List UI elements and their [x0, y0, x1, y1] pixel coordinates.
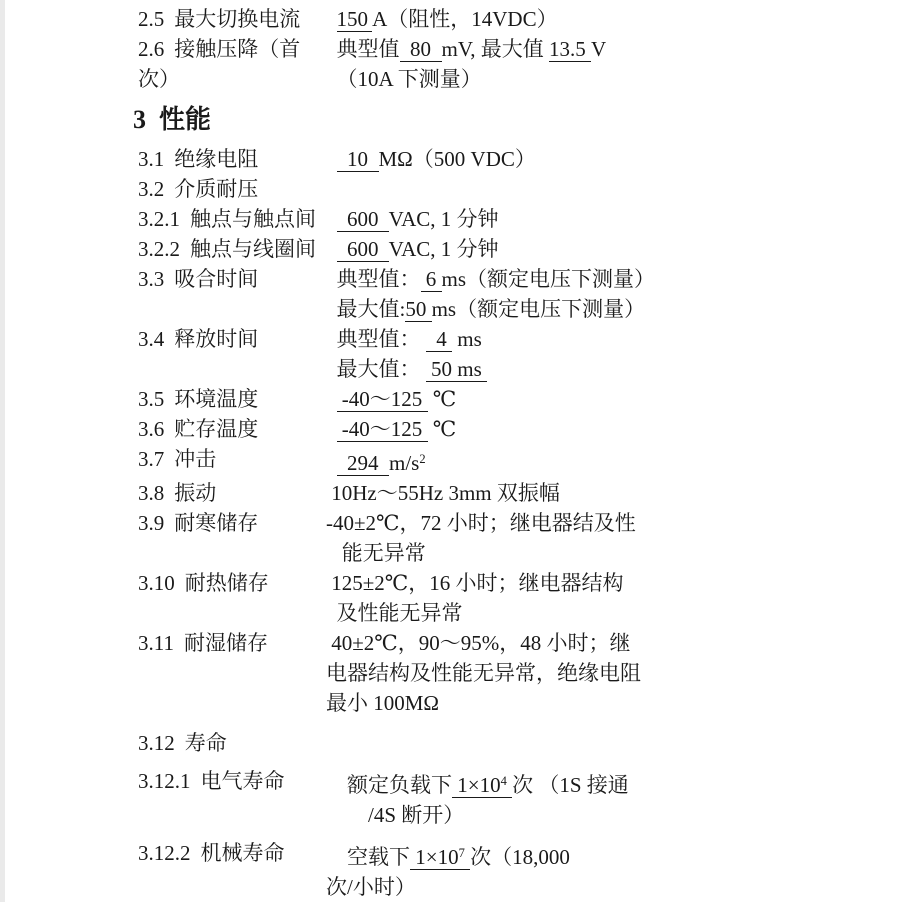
row-label-cell: 2.6接触压降（首次）: [0, 34, 326, 94]
row-number: 3.11: [138, 628, 174, 658]
underline-segment: 80: [400, 37, 442, 62]
value-segment: ms: [452, 327, 482, 351]
row-label: 耐湿储存: [184, 631, 268, 655]
spec-list: 2.5最大切换电流 150 A（阻性，14VDC）2.6接触压降（首次） 典型值…: [0, 4, 917, 902]
row-value-cell: -40～125 ℃: [326, 414, 917, 444]
row-number: 3.2: [138, 174, 164, 204]
underline-segment: 1×10: [410, 845, 459, 870]
value-line: 电器结构及性能无异常，绝缘电阻: [326, 658, 917, 688]
value-segment: [326, 237, 337, 261]
value-line: 空载下 1×107 次（18,000: [326, 838, 917, 872]
value-line: 294 m/s2: [326, 444, 917, 478]
row-number: 3.1: [138, 144, 164, 174]
row-label-cell: 3.7冲击: [0, 444, 326, 474]
value-line: 40±2℃，90～95%，48 小时；继: [326, 628, 917, 658]
value-segment: 空载下: [347, 845, 410, 869]
value-line: 次/小时）: [326, 872, 917, 902]
row-value-cell: 额定负载下 1×104 次 （1S 接通 /4S 断开）: [326, 766, 917, 830]
row-label-cell: 3.1绝缘电阻: [0, 144, 326, 174]
underline-segment: -40～125: [337, 417, 428, 442]
value-segment: 最大值:: [337, 297, 406, 321]
value-segment: [326, 601, 337, 625]
row-label-cell: 3.8振动: [0, 478, 326, 508]
value-line: /4S 断开）: [326, 800, 917, 830]
row-label: 振动: [174, 481, 216, 505]
row-label-cell: 3.6贮存温度: [0, 414, 326, 444]
spec-row-3-10: 3.10耐热储存 125±2℃，16 小时；继电器结构 及性能无异常: [0, 568, 917, 628]
row-value-cell: 典型值 80 mV, 最大值 13.5 V （10A 下测量）: [326, 34, 917, 94]
row-label-cell: 3.12.2机械寿命: [0, 838, 326, 868]
spec-row-2-6: 2.6接触压降（首次） 典型值 80 mV, 最大值 13.5 V （10A 下…: [0, 34, 917, 94]
value-line: 10Hz～55Hz 3mm 双振幅: [326, 478, 917, 508]
spec-row-3-12-2: 3.12.2机械寿命 空载下 1×107 次（18,000次/小时）: [0, 838, 917, 902]
row-label-cell: 3.11耐湿储存: [0, 628, 326, 658]
row-value-cell: 294 m/s2: [326, 444, 917, 478]
row-label: 介质耐压: [174, 177, 258, 201]
value-segment: 典型值：: [337, 267, 421, 291]
row-label: 触点与触点间: [190, 207, 316, 231]
value-segment: m/s: [389, 451, 419, 475]
value-line: 及性能无异常: [326, 598, 917, 628]
row-value-cell: 125±2℃，16 小时；继电器结构 及性能无异常: [326, 568, 917, 628]
row-label-cell: 2.5最大切换电流: [0, 4, 326, 34]
value-segment: [326, 7, 337, 31]
value-segment: ℃: [428, 417, 457, 441]
value-segment: [326, 327, 337, 351]
value-segment: MΩ（500 VDC）: [379, 147, 536, 171]
row-label-cell: 3.10耐热储存: [0, 568, 326, 598]
value-segment: ms（额定电压下测量）: [442, 267, 656, 291]
row-label: 耐寒储存: [174, 511, 258, 535]
superscript: 2: [419, 452, 425, 466]
value-segment: （10A 下测量）: [337, 67, 482, 91]
row-label-cell: 3.3吸合时间: [0, 264, 326, 294]
row-number: 3.4: [138, 324, 164, 354]
value-segment: [326, 357, 337, 381]
value-segment: 电器结构及性能无异常，绝缘电阻: [326, 661, 641, 685]
row-number: 3.12.2: [138, 838, 191, 868]
value-line: 典型值： 4 ms: [326, 324, 917, 354]
value-segment: [326, 297, 337, 321]
value-segment: 2: [419, 451, 425, 475]
value-segment: 40±2℃，90～95%，48 小时；继: [331, 631, 630, 655]
value-segment: [326, 67, 337, 91]
row-number: 3.7: [138, 444, 164, 474]
row-label-cell: 3.9耐寒储存: [0, 508, 326, 538]
value-segment: 次（18,000: [470, 845, 570, 869]
value-segment: [326, 541, 342, 565]
row-label-cell: 3.4释放时间: [0, 324, 326, 354]
row-value-cell: -40～125 ℃: [326, 384, 917, 414]
value-line: 能无异常: [326, 538, 917, 568]
value-segment: A（阻性，14VDC）: [372, 7, 558, 31]
value-segment: 典型值: [337, 37, 400, 61]
value-segment: 次/小时）: [326, 875, 416, 899]
underline-segment: 6: [421, 267, 442, 292]
spec-row-2-5: 2.5最大切换电流 150 A（阻性，14VDC）: [0, 4, 917, 34]
spec-row-3-2-2: 3.2.2触点与线圈间 600 VAC, 1 分钟: [0, 234, 917, 264]
spec-row-3-12-1: 3.12.1电气寿命 额定负载下 1×104 次 （1S 接通 /4S 断开）: [0, 766, 917, 830]
row-label: 机械寿命: [201, 841, 285, 865]
row-value-cell: 600 VAC, 1 分钟: [326, 234, 917, 264]
spec-row-3-4: 3.4释放时间 典型值： 4 ms 最大值： 50 ms: [0, 324, 917, 384]
row-number: 3.9: [138, 508, 164, 538]
row-label-cell: 3.2介质耐压: [0, 174, 326, 204]
value-segment: 最小 100MΩ: [326, 691, 439, 715]
value-segment: [326, 845, 347, 869]
row-value-cell: 典型值： 4 ms 最大值： 50 ms: [326, 324, 917, 384]
row-number: 3.8: [138, 478, 164, 508]
value-line: 600 VAC, 1 分钟: [326, 234, 917, 264]
value-segment: [326, 451, 337, 475]
row-label: 触点与线圈间: [190, 237, 316, 261]
value-line: 最小 100MΩ: [326, 688, 917, 718]
row-label-cell: 3.2.1触点与触点间: [0, 204, 326, 234]
value-segment: [326, 147, 337, 171]
superscript: 4: [501, 774, 507, 788]
value-line: 150 A（阻性，14VDC）: [326, 4, 917, 34]
value-segment: 125±2℃，16 小时；继电器结构: [331, 571, 623, 595]
value-segment: 及性能无异常: [337, 601, 463, 625]
value-segment: VAC, 1 分钟: [389, 207, 499, 231]
value-segment: [326, 207, 337, 231]
value-segment: 最大值：: [337, 357, 426, 381]
row-number: 3.10: [138, 568, 175, 598]
value-segment: ℃: [428, 387, 457, 411]
value-segment: [326, 387, 337, 411]
spec-document: 2.5最大切换电流 150 A（阻性，14VDC）2.6接触压降（首次） 典型值…: [0, 4, 917, 902]
row-label: 释放时间: [174, 327, 258, 351]
spec-row-3-1: 3.1绝缘电阻 10 MΩ（500 VDC）: [0, 144, 917, 174]
value-segment: V: [591, 37, 606, 61]
value-segment: [326, 37, 337, 61]
underline-segment: -40～125: [337, 387, 428, 412]
value-line: 125±2℃，16 小时；继电器结构: [326, 568, 917, 598]
value-line: -40±2℃，72 小时；继电器结及性: [326, 508, 917, 538]
value-segment: ms（额定电压下测量）: [432, 297, 646, 321]
underline-segment: 600: [337, 237, 389, 262]
value-line: 额定负载下 1×104 次 （1S 接通: [326, 766, 917, 800]
row-value-cell: 40±2℃，90～95%，48 小时；继电器结构及性能无异常，绝缘电阻最小 10…: [326, 628, 917, 718]
spec-row-3-2: 3.2介质耐压: [0, 174, 917, 204]
row-label-cell: 3.12.1电气寿命: [0, 766, 326, 796]
value-segment: VAC, 1 分钟: [389, 237, 499, 261]
row-number: 2.5: [138, 4, 164, 34]
row-number: 2.6: [138, 34, 164, 64]
value-line: -40～125 ℃: [326, 414, 917, 444]
value-line: 10 MΩ（500 VDC）: [326, 144, 917, 174]
underline-segment: 1×10: [452, 773, 501, 798]
spec-row-3-11: 3.11耐湿储存 40±2℃，90～95%，48 小时；继电器结构及性能无异常，…: [0, 628, 917, 718]
underline-segment: 600: [337, 207, 389, 232]
row-number: 3.12.1: [138, 766, 191, 796]
row-number: 3.2.2: [138, 234, 180, 264]
spec-row-3-6: 3.6贮存温度 -40～125 ℃: [0, 414, 917, 444]
spec-row-3-8: 3.8振动 10Hz～55Hz 3mm 双振幅: [0, 478, 917, 508]
value-segment: [326, 773, 347, 797]
value-segment: [326, 803, 368, 827]
spec-row-3-7: 3.7冲击 294 m/s2: [0, 444, 917, 478]
underline-segment: 7: [459, 845, 465, 870]
underline-segment: 10: [337, 147, 379, 172]
value-line: （10A 下测量）: [326, 64, 917, 94]
underline-segment: 150: [337, 7, 373, 32]
underline-segment: 13.5: [549, 37, 591, 62]
value-segment: 典型值：: [337, 327, 426, 351]
row-label: 环境温度: [174, 387, 258, 411]
heading-number: 3: [133, 105, 146, 134]
superscript: 7: [459, 846, 465, 860]
spec-row-3-9: 3.9耐寒储存-40±2℃，72 小时；继电器结及性 能无异常: [0, 508, 917, 568]
row-number: 3.12: [138, 728, 175, 758]
value-line: 典型值 80 mV, 最大值 13.5 V: [326, 34, 917, 64]
value-line: -40～125 ℃: [326, 384, 917, 414]
row-label: 耐热储存: [185, 571, 269, 595]
value-segment: 10Hz～55Hz 3mm 双振幅: [331, 481, 560, 505]
row-label-cell: 3.2.2触点与线圈间: [0, 234, 326, 264]
heading-title: 性能: [159, 105, 211, 134]
value-segment: mV, 最大值: [442, 37, 550, 61]
row-value-cell: 600 VAC, 1 分钟: [326, 204, 917, 234]
spec-row-3-5: 3.5环境温度 -40～125 ℃: [0, 384, 917, 414]
row-label-cell: 3.12寿命: [0, 728, 326, 758]
row-value-cell: 10Hz～55Hz 3mm 双振幅: [326, 478, 917, 508]
value-line: 典型值： 6 ms（额定电压下测量）: [326, 264, 917, 294]
value-segment: /4S 断开）: [368, 803, 464, 827]
value-segment: [326, 417, 337, 441]
underline-segment: 294: [337, 451, 390, 476]
underline-segment: 50: [405, 297, 431, 322]
value-segment: -40±2℃，72 小时；继电器结及性: [326, 511, 636, 535]
row-value-cell: 典型值： 6 ms（额定电压下测量） 最大值:50 ms（额定电压下测量）: [326, 264, 917, 324]
row-value-cell: -40±2℃，72 小时；继电器结及性 能无异常: [326, 508, 917, 568]
underline-segment: 4: [426, 327, 452, 352]
value-segment: 能无异常: [342, 541, 426, 565]
row-number: 3.2.1: [138, 204, 180, 234]
value-segment: 额定负载下: [347, 773, 452, 797]
underline-segment: 50 ms: [426, 357, 487, 382]
row-label-cell: 3.5环境温度: [0, 384, 326, 414]
row-number: 3.5: [138, 384, 164, 414]
row-value-cell: 10 MΩ（500 VDC）: [326, 144, 917, 174]
spec-heading: 3性能: [0, 102, 917, 138]
value-line: 最大值:50 ms（额定电压下测量）: [326, 294, 917, 324]
row-value-cell: 空载下 1×107 次（18,000次/小时）: [326, 838, 917, 902]
row-label: 贮存温度: [174, 417, 258, 441]
value-line: 最大值： 50 ms: [326, 354, 917, 384]
row-label: 吸合时间: [174, 267, 258, 291]
spec-row-3-2-1: 3.2.1触点与触点间 600 VAC, 1 分钟: [0, 204, 917, 234]
underline-segment: 4: [501, 773, 507, 798]
spec-row-3-12: 3.12寿命: [0, 728, 917, 758]
row-label: 寿命: [185, 731, 227, 755]
row-value-cell: 150 A（阻性，14VDC）: [326, 4, 917, 34]
row-label: 绝缘电阻: [174, 147, 258, 171]
row-label: 电气寿命: [201, 769, 285, 793]
row-label: 最大切换电流: [174, 7, 300, 31]
row-number: 3.3: [138, 264, 164, 294]
row-label: 冲击: [174, 447, 216, 471]
value-segment: [326, 267, 337, 291]
value-segment: 次 （1S 接通: [512, 773, 629, 797]
row-number: 3.6: [138, 414, 164, 444]
value-line: 600 VAC, 1 分钟: [326, 204, 917, 234]
spec-row-3-3: 3.3吸合时间 典型值： 6 ms（额定电压下测量） 最大值:50 ms（额定电…: [0, 264, 917, 324]
